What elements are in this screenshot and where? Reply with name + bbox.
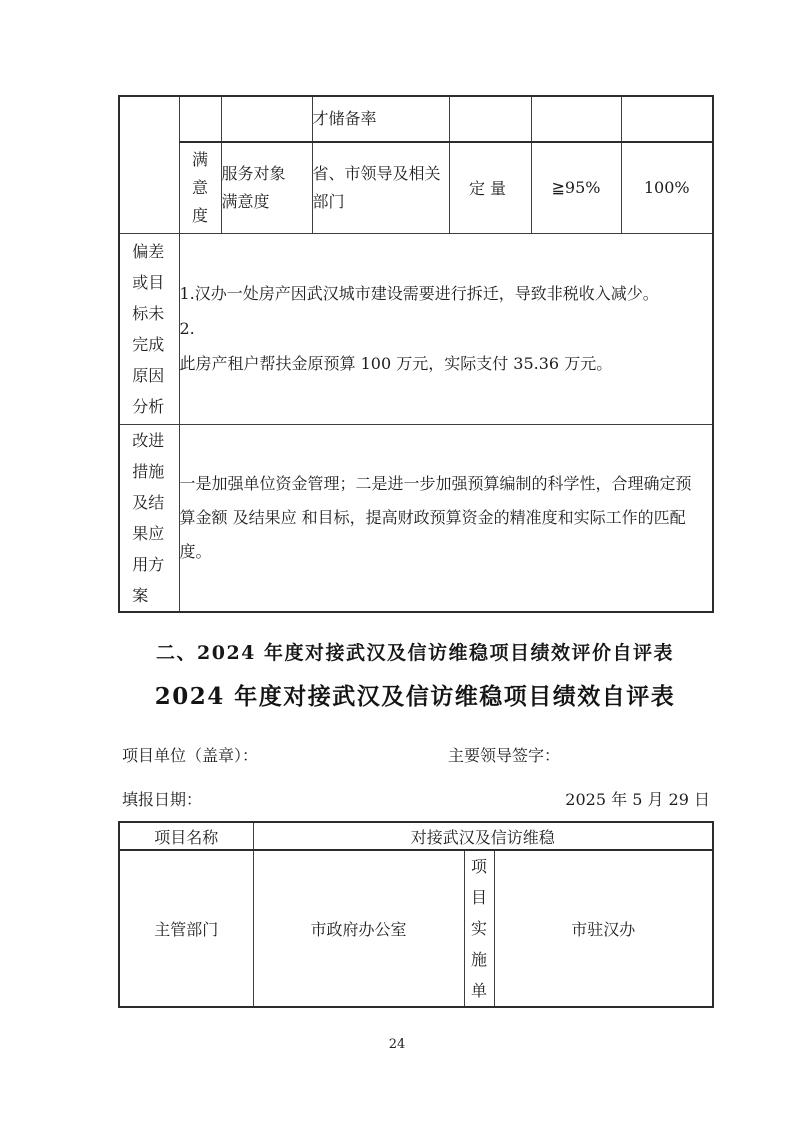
table1-empty-cell	[621, 96, 713, 142]
table2-implementing-unit-label-cell: 项 目 实 施 单	[464, 850, 494, 1007]
table1-actual-value-cell: 100%	[621, 142, 713, 233]
table1-improvement-label-cell: 改进 措施 及结 果应 用方 案	[119, 424, 179, 612]
table1-deviation-reason-content-cell: 1.汉办一处房产因武汉城市建设需要进行拆迁，导致非税收入减少。 2. 此房产租户…	[179, 233, 713, 424]
table1-improvement-content-cell: 一是加强单位资金管理；二是进一步加强预算编制的科学性，合理确定预 算金额 及结果…	[179, 424, 713, 612]
fill-date-label: 填报日期：	[122, 787, 202, 810]
table1-empty-cell	[221, 96, 312, 142]
deviation-reason-label: 偏差 或目 标未 完成 原因 分析	[132, 236, 166, 422]
table2-project-name-value-cell: 对接武汉及信访维稳	[253, 822, 713, 850]
page-number: 24	[0, 1037, 794, 1052]
table1-indicator-type-cell: 定量	[449, 142, 531, 233]
table1-empty-cell	[449, 96, 531, 142]
table1-indicator-name-cell: 服务对象 满意度	[221, 142, 312, 233]
table2-supervisor-dept-label-cell: 主管部门	[119, 850, 253, 1007]
table1-goal-value-cell: ≧95%	[531, 142, 621, 233]
meta-line-unit: 项目单位（盖章）： 主要领导签字：	[118, 743, 712, 765]
table1-empty-cell	[531, 96, 621, 142]
table1-satisfaction-category-cell: 满 意 度	[179, 142, 221, 233]
table1-indicator-target-cell: 省、市领导及相关 部门	[312, 142, 449, 233]
report-title: 2024 年度对接武汉及信访维稳项目绩效自评表	[118, 678, 712, 711]
table1-merged-empty-cell	[119, 96, 179, 233]
evaluation-table-tail: 才储备率 满 意 度 服务对象 满意度 省、市领导及相关 部门 定量 ≧95% …	[118, 95, 714, 613]
fill-date-value: 2025 年 5 月 29 日	[565, 787, 710, 810]
project-unit-label: 项目单位（盖章）：	[122, 743, 258, 766]
table2-supervisor-dept-value-cell: 市政府办公室	[253, 850, 464, 1007]
table1-deviation-reason-label-cell: 偏差 或目 标未 完成 原因 分析	[119, 233, 179, 424]
meta-line-date: 填报日期： 2025 年 5 月 29 日	[118, 787, 712, 809]
leader-signature-label: 主要领导签字：	[448, 743, 560, 766]
document-page: 才储备率 满 意 度 服务对象 满意度 省、市领导及相关 部门 定量 ≧95% …	[0, 0, 794, 1123]
table2-implementing-unit-value-cell: 市驻汉办	[494, 850, 713, 1007]
table1-indicator-tail-cell: 才储备率	[312, 96, 449, 142]
improvement-label: 改进 措施 及结 果应 用方 案	[132, 425, 166, 611]
table2-project-name-label-cell: 项目名称	[119, 822, 253, 850]
table1-empty-cell	[179, 96, 221, 142]
section-heading: 二、2024 年度对接武汉及信访维稳项目绩效评价自评表	[118, 638, 712, 665]
self-evaluation-table: 项目名称 对接武汉及信访维稳 主管部门 市政府办公室 项 目 实 施 单 市驻汉…	[118, 821, 714, 1008]
